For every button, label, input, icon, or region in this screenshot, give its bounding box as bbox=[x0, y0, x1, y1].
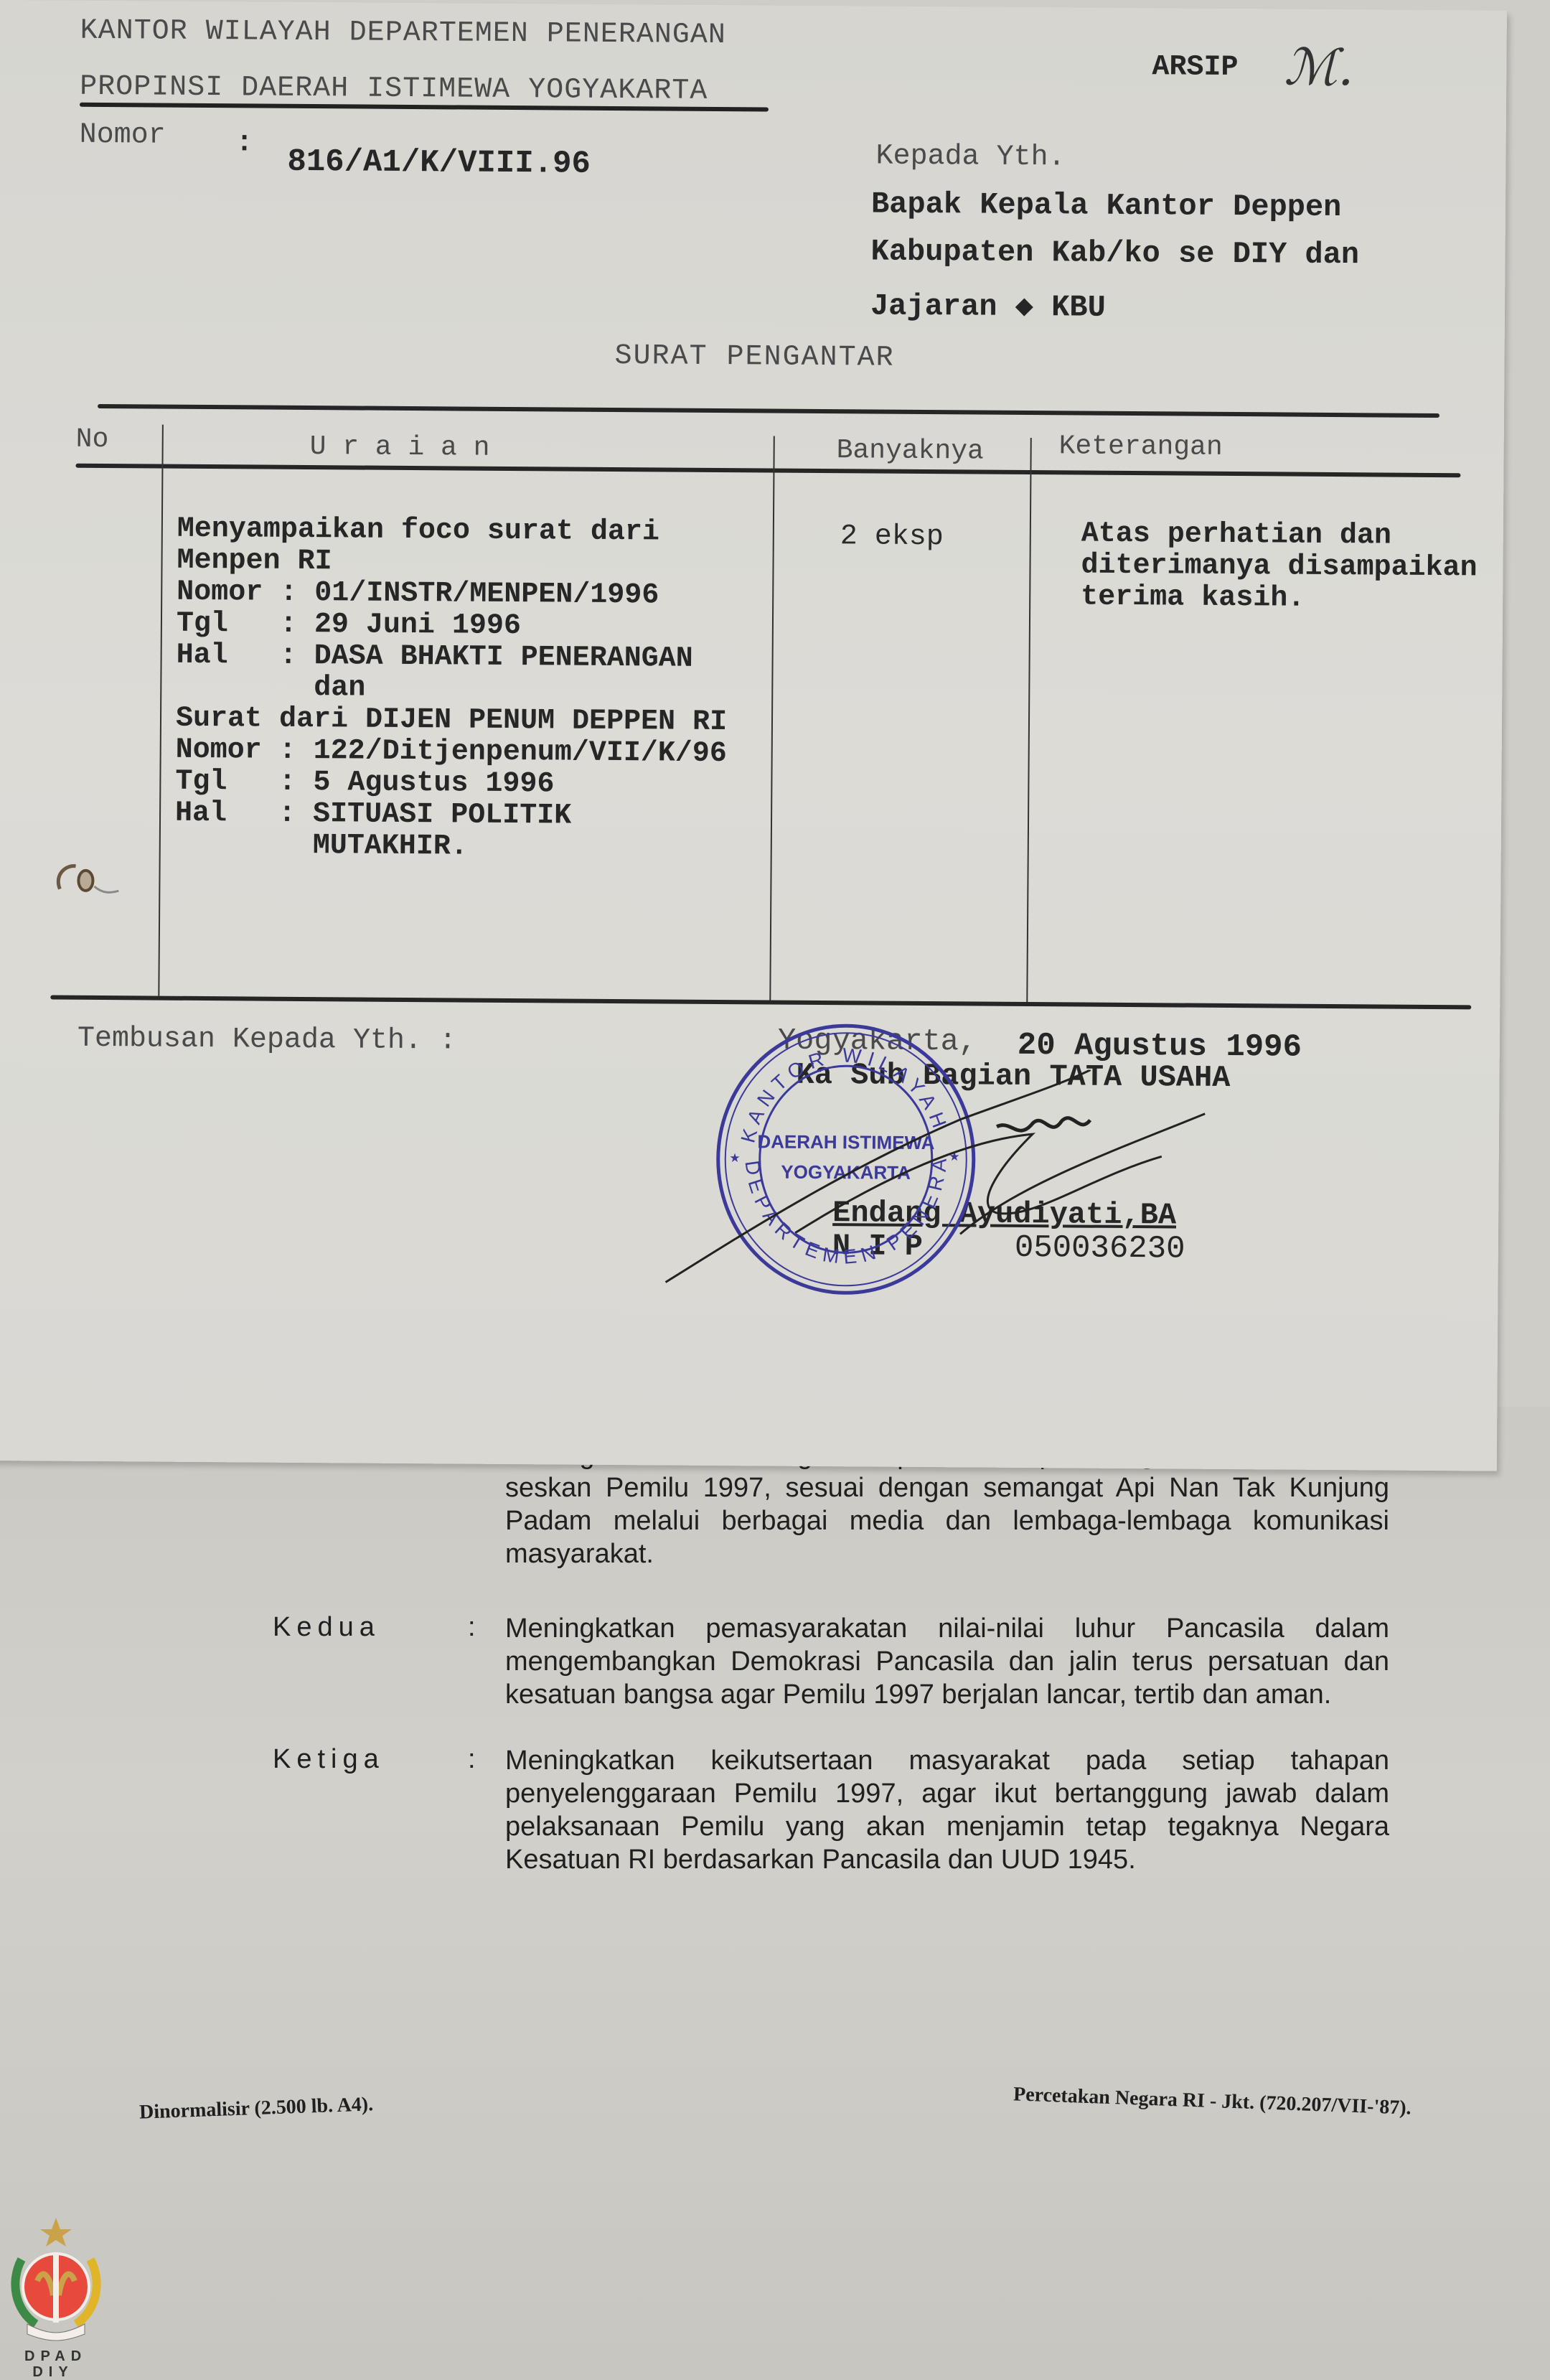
uraian-line: Hal : SITUASI POLITIK bbox=[175, 798, 726, 833]
column-header-no: No bbox=[76, 424, 109, 455]
archive-label: ARSIP bbox=[1152, 51, 1238, 84]
uraian-line: MUTAKHIR. bbox=[175, 830, 726, 865]
uraian-line: Menpen RI bbox=[177, 545, 728, 581]
watermark-line-2: DIY bbox=[24, 2364, 82, 2380]
uraian-line: Nomor : 01/INSTR/MENPEN/1996 bbox=[177, 577, 728, 612]
punch-hole-mark bbox=[44, 854, 123, 905]
watermark-line-1: DPAD bbox=[24, 2348, 82, 2365]
organization-line-1: KANTOR WILAYAH DEPARTEMEN PENERANGAN bbox=[80, 15, 726, 52]
uraian-line: Nomor : 122/Ditjenpenum/VII/K/96 bbox=[176, 735, 727, 770]
keterangan-cell: Atas perhatian dan diterimanya disampaik… bbox=[1081, 519, 1478, 617]
keterangan-line: diterimanya disampaikan bbox=[1081, 551, 1477, 585]
column-header-keterangan: Keterangan bbox=[1059, 431, 1223, 463]
column-divider bbox=[769, 436, 774, 1001]
uraian-line: Menyampaikan foco surat dari bbox=[177, 514, 728, 549]
uraian-cell: Menyampaikan foco surat dari Menpen RI N… bbox=[175, 514, 728, 865]
document-title: SURAT PENGANTAR bbox=[614, 340, 894, 375]
handwritten-signature bbox=[658, 1067, 1219, 1300]
uraian-line: Tgl : 29 Juni 1996 bbox=[177, 609, 728, 644]
table-bottom-rule bbox=[50, 995, 1471, 1010]
nomor-colon: : bbox=[235, 127, 253, 159]
keterangan-line: Atas perhatian dan bbox=[1081, 519, 1478, 553]
point-colon: : bbox=[468, 1744, 476, 1775]
recipient-line: Kabupaten Kab/ko se DIY dan bbox=[870, 234, 1359, 272]
recipient-line: Jajaran ◆ KBU bbox=[870, 286, 1106, 324]
keterangan-line: terima kasih. bbox=[1081, 582, 1477, 617]
column-header-uraian: U r a i a n bbox=[310, 431, 490, 464]
nomor-label: Nomor bbox=[80, 119, 166, 152]
organization-line-2: PROPINSI DAERAH ISTIMEWA YOGYAKARTA bbox=[80, 71, 708, 108]
handwritten-initial: ℳ. bbox=[1284, 37, 1354, 97]
point-label-kedua: Kedua bbox=[273, 1612, 380, 1643]
recipient-line: Bapak Kepala Kantor Deppen bbox=[871, 187, 1342, 225]
dpad-diy-logo bbox=[6, 2216, 106, 2346]
table-header-rule bbox=[75, 464, 1460, 477]
point-text-kedua: Meningkatkan pemasyarakatan nilai-nilai … bbox=[505, 1612, 1389, 1711]
table-top-rule bbox=[98, 404, 1439, 418]
point-text-ketiga: Meningkatkan keikutsertaan masyarakat pa… bbox=[505, 1744, 1389, 1876]
point-colon: : bbox=[468, 1612, 476, 1643]
quantity-cell: 2 eksp bbox=[840, 521, 944, 553]
uraian-line: Tgl : 5 Agustus 1996 bbox=[175, 767, 726, 802]
cc-label: Tembusan Kepada Yth. : bbox=[77, 1023, 456, 1058]
uraian-line: Hal : DASA BHAKTI PENERANGAN bbox=[176, 640, 727, 675]
uraian-line: Surat dari DIJEN PENUM DEPPEN RI bbox=[176, 703, 727, 739]
uraian-line: dan bbox=[176, 672, 727, 707]
column-divider bbox=[1026, 438, 1031, 1002]
letter-sheet: KANTOR WILAYAH DEPARTEMEN PENERANGAN PRO… bbox=[0, 0, 1507, 1471]
column-divider bbox=[158, 425, 164, 996]
column-header-banyaknya: Banyaknya bbox=[836, 435, 984, 467]
point-label-ketiga: Ketiga bbox=[273, 1744, 385, 1775]
kepada-label: Kepada Yth. bbox=[875, 141, 1065, 174]
letter-number: 816/A1/K/VIII.96 bbox=[287, 144, 591, 182]
